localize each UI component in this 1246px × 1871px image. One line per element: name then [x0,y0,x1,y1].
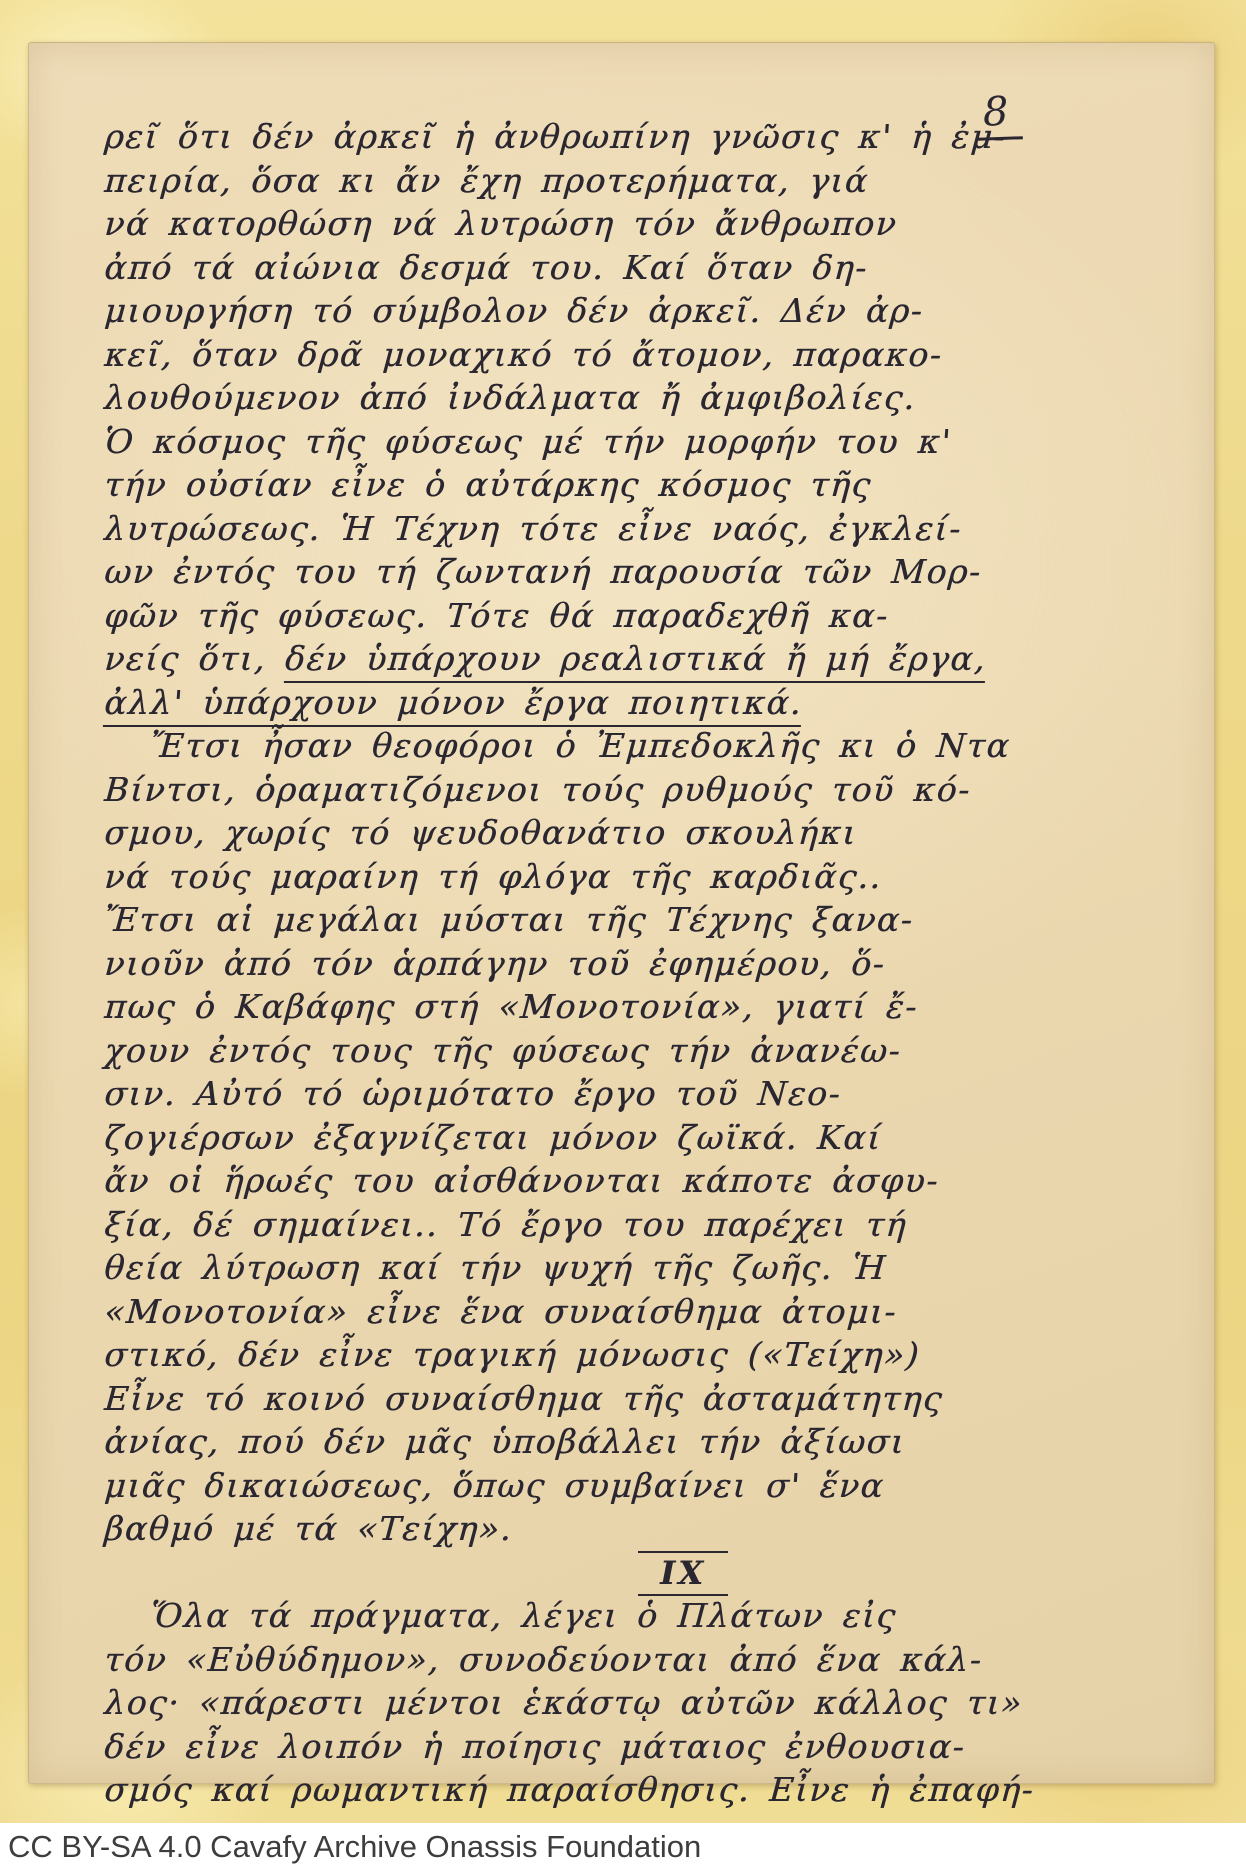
handwriting-line: πως ὁ Καβάφης στή «Μονοτονία», γιατί ἔ- [103,985,1218,1029]
handwriting-line: λουθούμενον ἀπό ἰνδάλματα ἤ ἀμφιβολίες. [103,376,1218,420]
handwriting-line: ων ἐντός του τή ζωντανή παρουσία τῶν Μορ… [103,550,1218,594]
handwriting-line: ζογιέρσων ἐξαγνίζεται μόνον ζωϊκά. Καί [103,1116,1218,1160]
handwriting-line: Ὁ κόσμος τῆς φύσεως μέ τήν μορφήν του κ' [103,420,1218,464]
handwriting-line: νά κατορθώση νά λυτρώση τόν ἄνθρωπον [103,202,1218,246]
handwriting-line: μιᾶς δικαιώσεως, ὅπως συμβαίνει σ' ἕνα [103,1464,1218,1508]
handwriting-line: «Μονοτονία» εἶνε ἕνα συναίσθημα ἀτομι- [103,1290,1218,1334]
handwriting-line: τήν οὐσίαν εἶνε ὁ αὐτάρκης κόσμος τῆς [103,463,1218,507]
handwriting-line: κεῖ, ὅταν δρᾶ μοναχικό τό ἄτομον, παρακο… [103,333,1218,377]
handwriting-line: σμου, χωρίς τό ψευδοθανάτιο σκουλήκι [103,811,1218,855]
handwriting-line: ἀλλ' ὑπάρχουν μόνον ἔργα ποιητικά. [103,681,1218,725]
handwriting-line: νείς ὅτι, δέν ὑπάρχουν ρεαλιστικά ἤ μή ἔ… [103,637,1218,681]
handwriting-line: Ἔτσι αἱ μεγάλαι μύσται τῆς Τέχνης ξανα- [103,898,1218,942]
handwriting-line: βαθμό μέ τά «Τείχη». [103,1507,1218,1551]
handwriting-line: ἀπό τά αἰώνια δεσμά του. Καί ὅταν δη- [103,246,1218,290]
handwriting-line: σμός καί ρωμαντική παραίσθησις. Εἶνε ἡ ἐ… [103,1768,1218,1812]
handwriting-line: δέν εἶνε λοιπόν ἡ ποίησις μάταιος ἐνθουσ… [103,1725,1218,1769]
attribution-caption: CC BY-SA 4.0 Cavafy Archive Onassis Foun… [0,1829,701,1865]
handwriting-line: μιουργήση τό σύμβολον δέν ἀρκεῖ. Δέν ἀρ- [103,289,1218,333]
handwriting-line: ρεῖ ὅτι δέν ἀρκεῖ ἡ ἀνθρωπίνη γνῶσις κ' … [103,115,1218,159]
handwriting-line: Ὅλα τά πράγματα, λέγει ὁ Πλάτων εἰς [103,1594,1218,1638]
handwriting-line: χουν ἐντός τους τῆς φύσεως τήν ἀνανέω- [103,1029,1218,1073]
handwriting-line: Εἶνε τό κοινό συναίσθημα τῆς ἀσταμάτητης [103,1377,1218,1421]
attribution-strip: CC BY-SA 4.0 Cavafy Archive Onassis Foun… [0,1823,1246,1871]
handwriting-line: νά τούς μαραίνη τή φλόγα τῆς καρδιᾶς.. [103,855,1218,899]
handwriting-line: Ἔτσι ἦσαν θεοφόροι ὁ Ἐμπεδοκλῆς κι ὁ Ντα [103,724,1218,768]
handwriting-line: λυτρώσεως. Ἡ Τέχνη τότε εἶνε ναός, ἐγκλε… [103,507,1218,551]
handwriting-line: Βίντσι, ὁραματιζόμενοι τούς ρυθμούς τοῦ … [103,768,1218,812]
handwriting-line: ἀνίας, πού δέν μᾶς ὑποβάλλει τήν ἀξίωσι [103,1420,1218,1464]
handwriting-line: στικό, δέν εἶνε τραγική μόνωσις («Τείχη»… [103,1333,1218,1377]
handwriting-line: φῶν τῆς φύσεως. Τότε θά παραδεχθῆ κα- [103,594,1218,638]
handwriting-line: ξία, δέ σημαίνει.. Τό ἔργο του παρέχει τ… [103,1203,1218,1247]
handwriting-line: ἄν οἱ ἥρωές του αἰσθάνονται κάποτε ἀσφυ- [103,1159,1218,1203]
section-header: IX [103,1551,1215,1595]
handwriting-line: τόν «Εὐθύδημον», συνοδεύονται ἀπό ἕνα κά… [103,1638,1218,1682]
handwriting-line: νιοῦν ἀπό τόν ἁρπάγην τοῦ ἐφημέρου, ὅ- [103,942,1218,986]
handwriting-line: σιν. Αὐτό τό ὡριμότατο ἔργο τοῦ Νεο- [103,1072,1218,1116]
manuscript-page: 8 ρεῖ ὅτι δέν ἀρκεῖ ἡ ἀνθρωπίνη γνῶσις κ… [28,42,1215,1784]
handwriting-line: θεία λύτρωση καί τήν ψυχή τῆς ζωῆς. Ἡ [103,1246,1218,1290]
handwritten-text-block: ρεῖ ὅτι δέν ἀρκεῖ ἡ ἀνθρωπίνη γνῶσις κ' … [103,115,1215,1812]
handwriting-line: λος· «πάρεστι μέντοι ἑκάστῳ αὐτῶν κάλλος… [103,1681,1218,1725]
handwriting-line: πειρία, ὅσα κι ἄν ἔχη προτερήματα, γιά [103,159,1218,203]
